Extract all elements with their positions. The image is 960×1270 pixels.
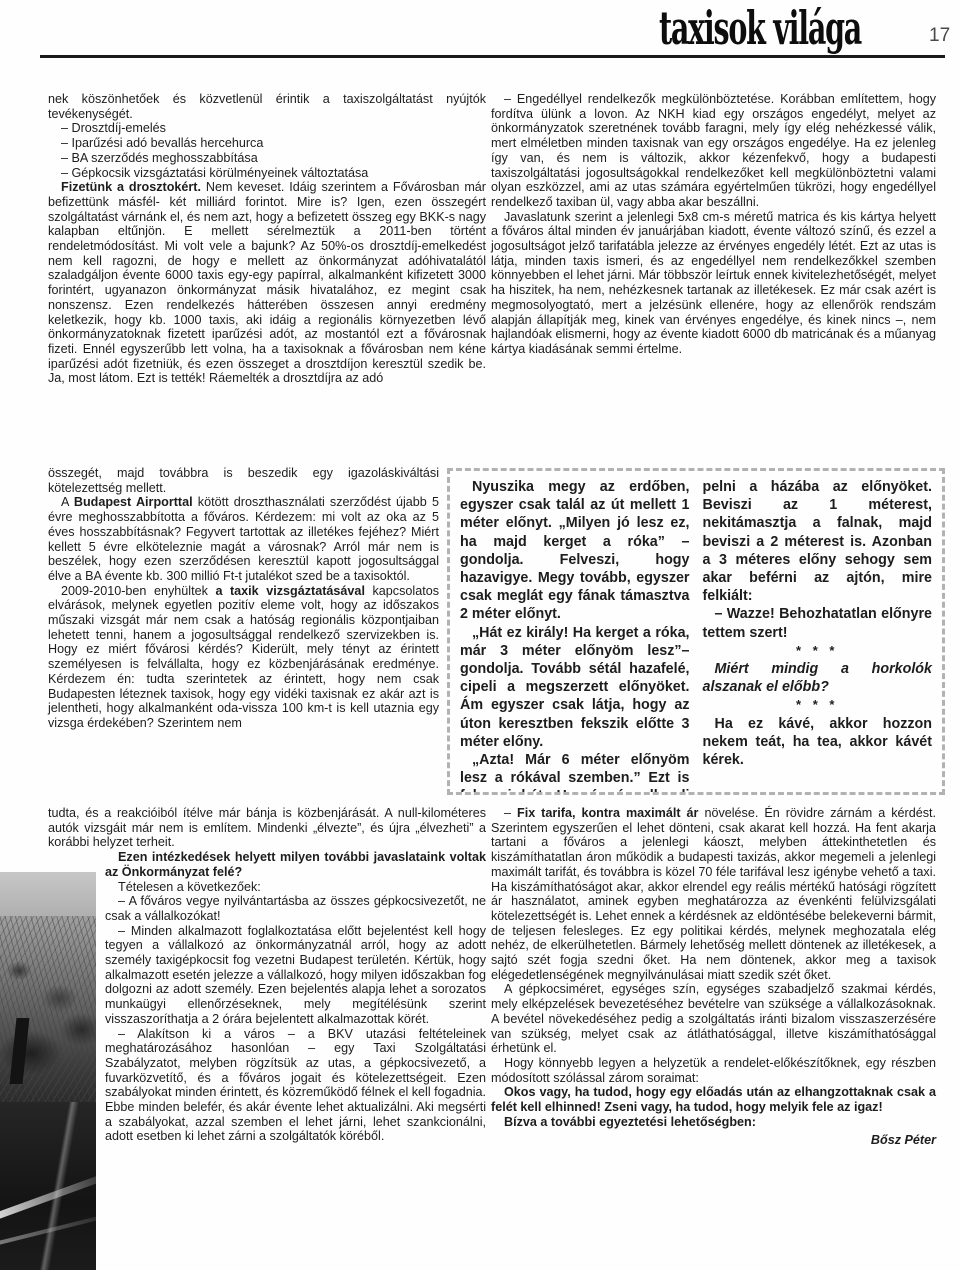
paragraph-text: Nem keveset. Idáig szerintem a Fővárosba… [48,180,486,385]
closing-line: Bízva a további egyeztetési lehetőségben… [491,1115,936,1130]
paragraph: Javaslatunk szerint a jelenlegi 5x8 cm-s… [491,210,936,357]
author-signature: Bősz Péter [491,1133,936,1148]
paragraph-text: 2009-2010-ben enyhültek [61,584,215,598]
left-column-bottom: tudta, és a reakcióiból ítélve már bánja… [48,806,486,1270]
page-number: 17 [929,25,950,47]
paragraph: – Alakítson ki a város – a BKV utazási f… [48,1027,486,1145]
paragraph: A gépkocsiméret, egységes szín, egységes… [491,982,936,1056]
joke-paragraph: – Wazze! Behozhatatlan előnyre tettem sz… [703,605,933,641]
paragraph-text: A [61,495,74,509]
paragraph: nek köszönhetőek és közvetlenül érintik … [48,92,486,121]
joke-box: Nyuszika megy az erdőben, egyszer csak t… [447,468,945,795]
joke-column-right: pelni a házába az előnyöket. Beviszi az … [703,478,933,792]
paragraph-text: növelése. Én rövidre zárnám a kérdést. S… [491,806,936,982]
bold-lead: Fix tarifa, kontra maximált ár [517,806,698,820]
paragraph: 2009-2010-ben enyhültek a taxik vizsgázt… [48,584,439,731]
left-column-middle: összegét, majd továbbra is beszedik egy … [48,466,439,731]
bold-lead: a taxik vizsgáztatásával [215,584,365,598]
bold-lead: Fizetünk a drosztokért. [61,180,201,194]
magazine-logo: taxisok világa [659,1,861,55]
paragraph: – Minden alkalmazott foglalkoztatása elő… [48,924,486,1027]
list-item: – Gépkocsik vizsgáztatási körülményeinek… [48,166,486,181]
joke-paragraph: „Hát ez király! Ha kerget a róka, már 3 … [460,624,690,751]
joke-paragraph: Nyuszika megy az erdőben, egyszer csak t… [460,478,690,624]
joke-column-left: Nyuszika megy az erdőben, egyszer csak t… [460,478,690,792]
paragraph: – Fix tarifa, kontra maximált ár növelés… [491,806,936,982]
asterisk-separator: * * * [703,696,933,714]
left-column-top: nek köszönhetőek és közvetlenül érintik … [48,92,486,386]
closing-maxim: Okos vagy, ha tudod, hogy egy előadás ut… [491,1085,936,1114]
asterisk-separator: * * * [703,642,933,660]
paragraph: összegét, majd továbbra is beszedik egy … [48,466,439,495]
paragraph: – Engedéllyel rendelkezők megkülönböztet… [491,92,936,210]
joke-paragraph: „Azta! Már 6 méter előnyöm lesz a rókáva… [460,751,690,795]
paragraph: Fizetünk a drosztokért. Nem keveset. Idá… [48,180,486,386]
paragraph: A Budapest Airporttal kötött droszthaszn… [48,495,439,583]
magazine-page: taxisok világa 17 nek köszönhetőek és kö… [0,0,960,1270]
right-column-bottom: – Fix tarifa, kontra maximált ár növelés… [491,806,936,1148]
list-item: – Drosztdíj-emelés [48,121,486,136]
bold-lead: Budapest Airporttal [74,495,193,509]
joke-paragraph: pelni a házába az előnyöket. Beviszi az … [703,478,933,605]
right-column-top: – Engedéllyel rendelkezők megkülönböztet… [491,92,936,357]
paragraph: tudta, és a reakcióiból ítélve már bánja… [48,806,486,850]
paragraph: – A főváros vegye nyilvántartásba az öss… [48,894,486,923]
joke-paragraph: Ha ez kávé, akkor hozzon nekem teát, ha … [703,715,933,770]
paragraph-text: – [504,806,517,820]
header-rule [40,55,945,58]
question-heading: Ezen intézkedések helyett milyen további… [48,850,486,879]
paragraph: Hogy könnyebb legyen a helyzetük a rende… [491,1056,936,1085]
joke-paragraph-italic: Miért mindig a horkolók alszanak el előb… [703,660,933,696]
paragraph: Tételesen a következőek: [48,880,486,895]
list-item: – Iparűzési adó bevallás hercehurca [48,136,486,151]
paragraph-text: kapcsolatos elvárások, melynek egyetlen … [48,584,439,730]
street-trees-photo [0,872,96,1270]
list-item: – BA szerződés meghosszabbítása [48,151,486,166]
